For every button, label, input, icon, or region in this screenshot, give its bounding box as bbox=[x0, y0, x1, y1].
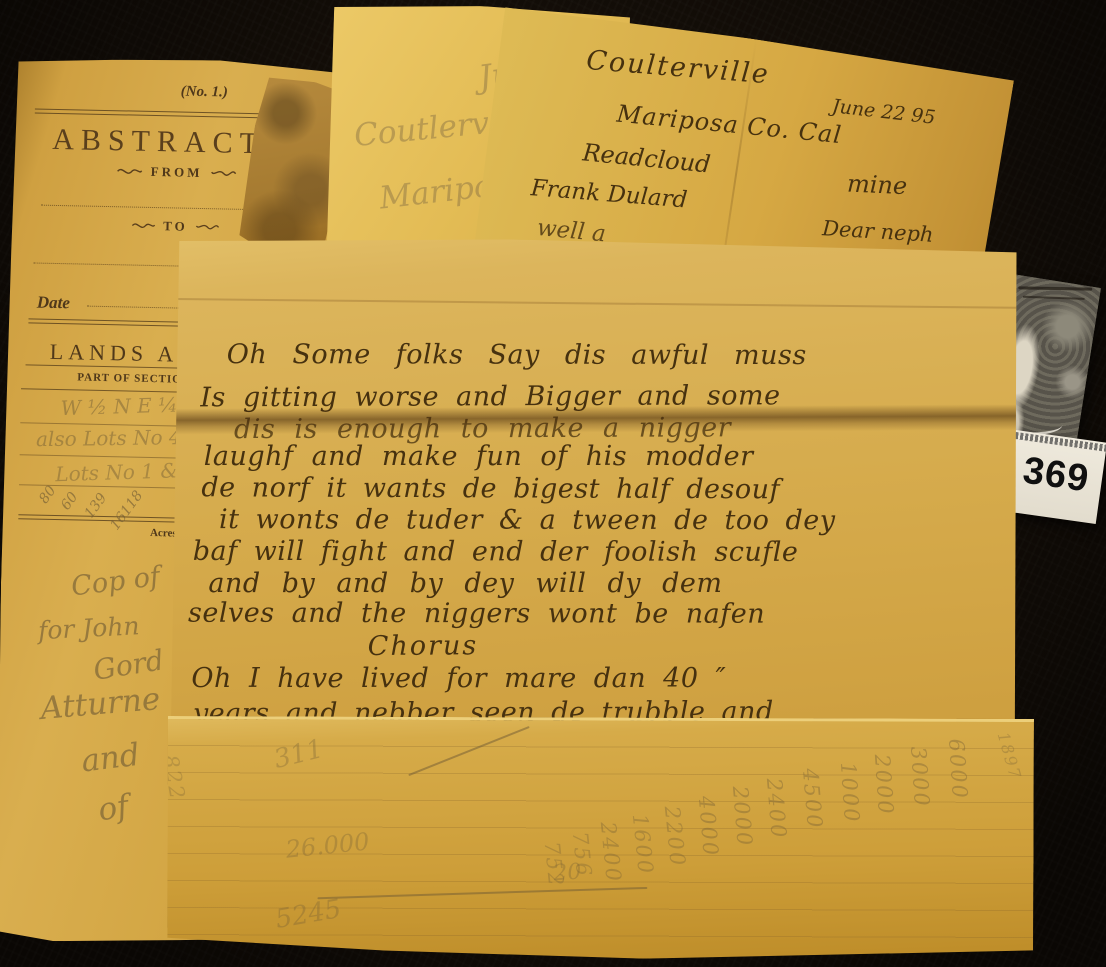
pencil-column-figure: 4000 bbox=[694, 795, 723, 858]
song-line: Oh I have lived for mare dan 40 ″ bbox=[191, 663, 726, 694]
form-acreage-figure: 60 bbox=[58, 489, 81, 513]
lot-tag: 369 bbox=[1005, 430, 1106, 524]
pencil-column-figure: 2400 bbox=[596, 821, 626, 885]
pencil-column-figure: 4500 bbox=[798, 767, 827, 830]
tag-number: 369 bbox=[1008, 448, 1105, 503]
pencil-column-figure: 1000 bbox=[836, 761, 864, 824]
song-manuscript: Oh Some folks Say dis awful muss Is gitt… bbox=[171, 236, 1020, 747]
pencil-column-figure: 2000 bbox=[728, 785, 757, 848]
calculation-flap: 311 26.000 20 5245 822 752 756 2400 1600… bbox=[167, 716, 1034, 960]
letter-place: Coulterville bbox=[585, 45, 771, 90]
pencil-column-figure: 3000 bbox=[906, 746, 934, 809]
pencil-column-figure: 1897 bbox=[994, 730, 1026, 782]
pencil-column-figure: 756 bbox=[568, 830, 597, 878]
song-line: de norf it wants de bigest half desouf bbox=[201, 472, 780, 505]
form-entry: W ½ N E ¼ bbox=[60, 392, 178, 420]
letter-county: Mariposa Co. Cal bbox=[616, 100, 844, 150]
pencil-column-figure: 6000 bbox=[944, 738, 972, 801]
form-number-label: (No. 1.) bbox=[139, 83, 269, 103]
letter-mine-word: mine bbox=[846, 170, 907, 201]
form-entry: Lots No 1 & bbox=[55, 458, 178, 486]
pencil-column-figure: 2200 bbox=[660, 805, 690, 869]
form-lands-heading: LANDS A bbox=[50, 339, 179, 368]
flourish-icon bbox=[210, 167, 236, 180]
song-line: it wonts de tuder & a tween de too dey bbox=[219, 504, 835, 536]
letter-salutation: Dear neph bbox=[822, 216, 935, 247]
pencil-column-figure: 2400 bbox=[762, 777, 791, 840]
pencil-column-figure: 1600 bbox=[628, 813, 658, 877]
letter-mine-word: Readcloud bbox=[581, 138, 711, 178]
pencil-stroke bbox=[408, 726, 529, 776]
letter-addressee: Frank Dulard bbox=[530, 175, 688, 213]
song-line: selves and the niggers wont be nafen bbox=[188, 598, 765, 630]
song-line: laughf and make fun of his modder bbox=[204, 441, 754, 472]
handwriting-scribble bbox=[1018, 286, 1092, 290]
photograph-scene: (No. 1.) ABSTRACT OF FROM TO Date LANDS … bbox=[0, 0, 1106, 967]
pencil-column-figure: 752 bbox=[540, 840, 569, 888]
form-to-label: TO bbox=[163, 218, 188, 234]
song-line: baf will fight and end der foolish scufl… bbox=[193, 536, 799, 568]
flourish-icon bbox=[117, 165, 143, 178]
form-pencil-note: Atturne bbox=[39, 681, 161, 727]
song-line: Is gitting worse and Bigger and some bbox=[200, 380, 780, 413]
form-entry: also Lots No 4 bbox=[36, 425, 182, 451]
form-pencil-note: Cop of bbox=[69, 561, 161, 602]
form-acreage-figure: 16118 bbox=[107, 488, 146, 533]
song-line: Oh Some folks Say dis awful muss bbox=[227, 339, 807, 371]
form-pencil-note: for John bbox=[37, 611, 140, 645]
song-line: and by and by dey will dy dem bbox=[208, 568, 722, 599]
song-line: dis is enough to make a nigger bbox=[234, 412, 731, 445]
flourish-icon bbox=[131, 219, 155, 232]
pencil-figure: 26.000 bbox=[284, 827, 370, 863]
song-chorus-label: Chorus bbox=[368, 630, 479, 662]
form-pencil-note: Gord bbox=[91, 643, 166, 686]
pencil-stroke bbox=[317, 887, 647, 899]
fold-crease bbox=[175, 298, 1019, 309]
form-pencil-note: of bbox=[96, 788, 131, 828]
note-line: Coutlerv bbox=[353, 105, 491, 154]
form-part-of-section-label: PART OF SECTION bbox=[77, 371, 191, 385]
form-from-label: FROM bbox=[151, 164, 203, 180]
form-date-label: Date bbox=[37, 293, 70, 314]
form-acreage-figure: 80 bbox=[36, 483, 59, 507]
pencil-column-figure: 2000 bbox=[870, 754, 898, 817]
handwriting-scribble bbox=[1023, 296, 1085, 300]
pencil-figure: 311 bbox=[271, 734, 326, 775]
note-line: Maripo bbox=[378, 168, 495, 217]
form-pencil-note: and bbox=[79, 737, 141, 780]
pencil-figure: 5245 bbox=[273, 894, 343, 935]
letter-date: June 22 95 bbox=[831, 95, 937, 129]
flourish-icon bbox=[196, 220, 220, 232]
